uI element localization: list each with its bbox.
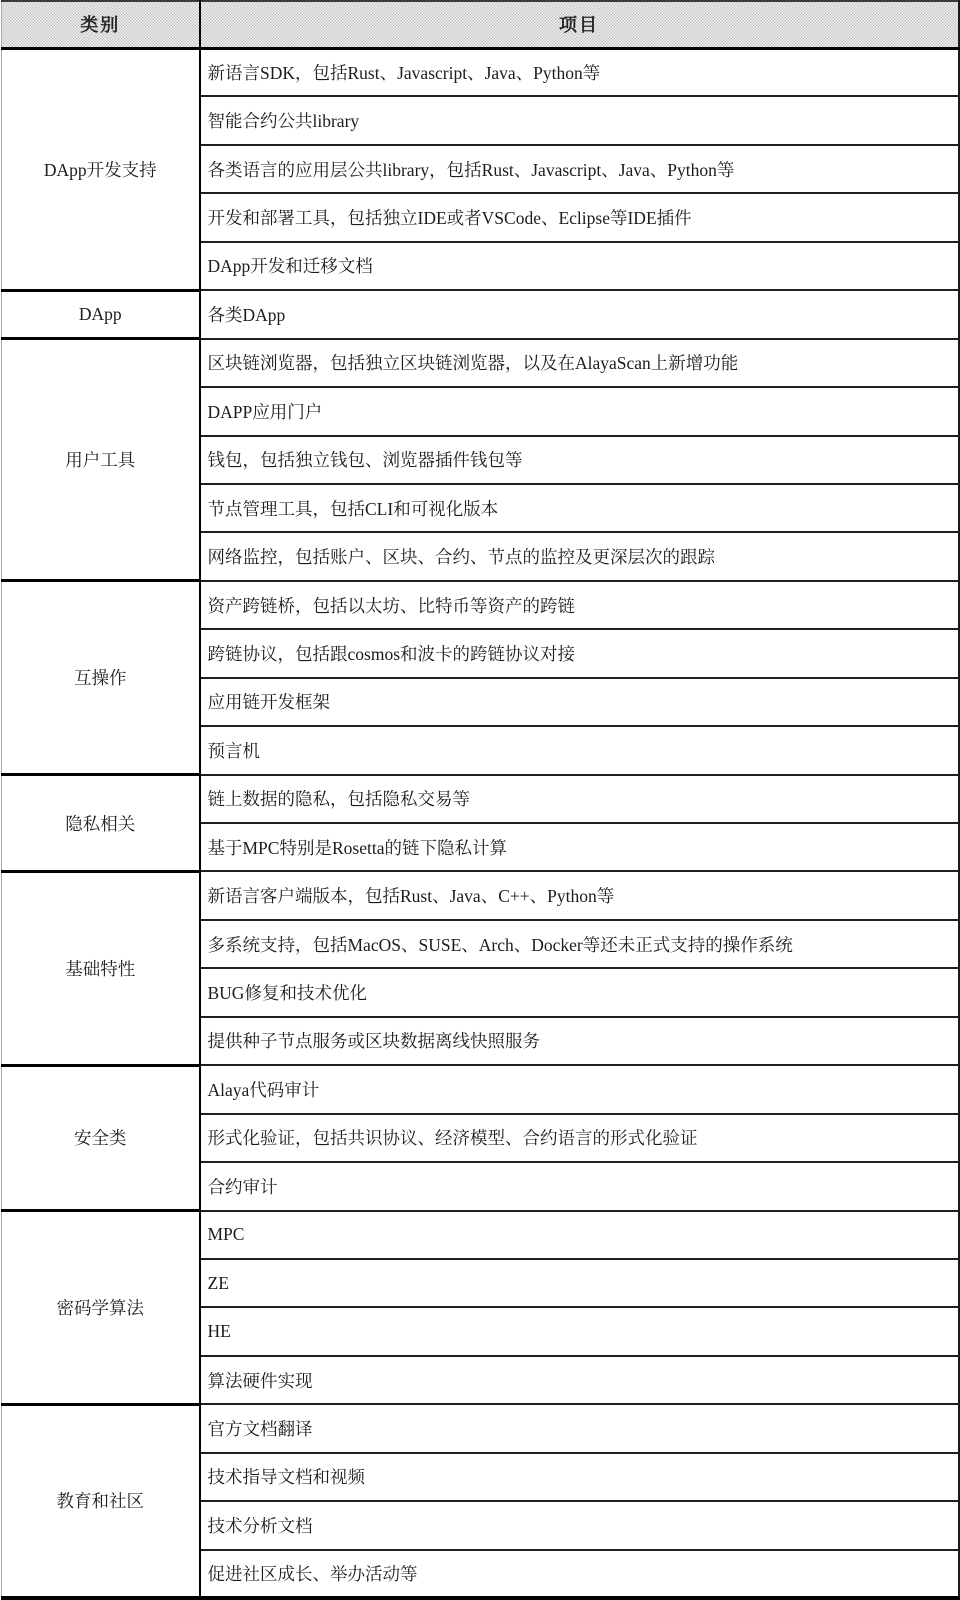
table-body: DApp开发支持新语言SDK，包括Rust、Javascript、Java、Py… [2, 48, 959, 1598]
item-cell: 开发和部署工具，包括独立IDE或者VSCode、Eclipse等IDE插件 [200, 193, 959, 241]
table-row: 隐私相关链上数据的隐私，包括隐私交易等 [2, 775, 959, 823]
category-cell: 隐私相关 [2, 775, 200, 872]
item-cell: 各类语言的应用层公共library，包括Rust、Javascript、Java… [200, 145, 959, 193]
item-cell: ZE [200, 1259, 959, 1307]
table-row: 安全类Alaya代码审计 [2, 1065, 959, 1113]
table-row: 互操作资产跨链桥，包括以太坊、比特币等资产的跨链 [2, 581, 959, 629]
category-cell: DApp开发支持 [2, 48, 200, 290]
item-cell: 提供种子节点服务或区块数据离线快照服务 [200, 1017, 959, 1065]
header-items: 项目 [200, 1, 959, 48]
item-cell: 算法硬件实现 [200, 1356, 959, 1404]
table-row: 密码学算法MPC [2, 1211, 959, 1259]
item-cell: 网络监控，包括账户、区块、合约、节点的监控及更深层次的跟踪 [200, 532, 959, 580]
category-cell: 安全类 [2, 1065, 200, 1210]
item-cell: 智能合约公共library [200, 96, 959, 144]
table-row: DApp各类DApp [2, 290, 959, 338]
item-cell: 资产跨链桥，包括以太坊、比特币等资产的跨链 [200, 581, 959, 629]
item-cell: HE [200, 1307, 959, 1355]
item-cell: 各类DApp [200, 290, 959, 338]
item-cell: 技术指导文档和视频 [200, 1453, 959, 1501]
table-row: 基础特性新语言客户端版本，包括Rust、Java、C++、Python等 [2, 871, 959, 919]
table-row: 用户工具区块链浏览器，包括独立区块链浏览器，以及在AlayaScan上新增功能 [2, 339, 959, 387]
item-cell: DApp开发和迁移文档 [200, 242, 959, 290]
category-cell: 互操作 [2, 581, 200, 775]
category-cell: 基础特性 [2, 871, 200, 1065]
category-cell: 教育和社区 [2, 1404, 200, 1598]
category-cell: 用户工具 [2, 339, 200, 581]
item-cell: 钱包，包括独立钱包、浏览器插件钱包等 [200, 436, 959, 484]
item-cell: BUG修复和技术优化 [200, 968, 959, 1016]
item-cell: 应用链开发框架 [200, 678, 959, 726]
item-cell: 促进社区成长、举办活动等 [200, 1550, 959, 1598]
item-cell: 新语言客户端版本，包括Rust、Java、C++、Python等 [200, 871, 959, 919]
item-cell: 多系统支持，包括MacOS、SUSE、Arch、Docker等还未正式支持的操作… [200, 920, 959, 968]
item-cell: 链上数据的隐私，包括隐私交易等 [200, 775, 959, 823]
header-category: 类别 [2, 1, 200, 48]
item-cell: 技术分析文档 [200, 1501, 959, 1549]
item-cell: Alaya代码审计 [200, 1065, 959, 1113]
item-cell: 区块链浏览器，包括独立区块链浏览器，以及在AlayaScan上新增功能 [200, 339, 959, 387]
item-cell: 形式化验证，包括共识协议、经济模型、合约语言的形式化验证 [200, 1114, 959, 1162]
item-cell: 节点管理工具，包括CLI和可视化版本 [200, 484, 959, 532]
item-cell: DAPP应用门户 [200, 387, 959, 435]
item-cell: 合约审计 [200, 1162, 959, 1210]
table-header-row: 类别 项目 [2, 1, 959, 48]
item-cell: 跨链协议，包括跟cosmos和波卡的跨链协议对接 [200, 629, 959, 677]
table-row: 教育和社区官方文档翻译 [2, 1404, 959, 1452]
item-cell: 新语言SDK，包括Rust、Javascript、Java、Python等 [200, 48, 959, 96]
item-cell: MPC [200, 1211, 959, 1259]
item-cell: 预言机 [200, 726, 959, 774]
item-cell: 基于MPC特别是Rosetta的链下隐私计算 [200, 823, 959, 871]
item-cell: 官方文档翻译 [200, 1404, 959, 1452]
category-cell: 密码学算法 [2, 1211, 200, 1405]
category-items-table: 类别 项目 DApp开发支持新语言SDK，包括Rust、Javascript、J… [1, 0, 960, 1600]
category-cell: DApp [2, 290, 200, 338]
table-row: DApp开发支持新语言SDK，包括Rust、Javascript、Java、Py… [2, 48, 959, 96]
